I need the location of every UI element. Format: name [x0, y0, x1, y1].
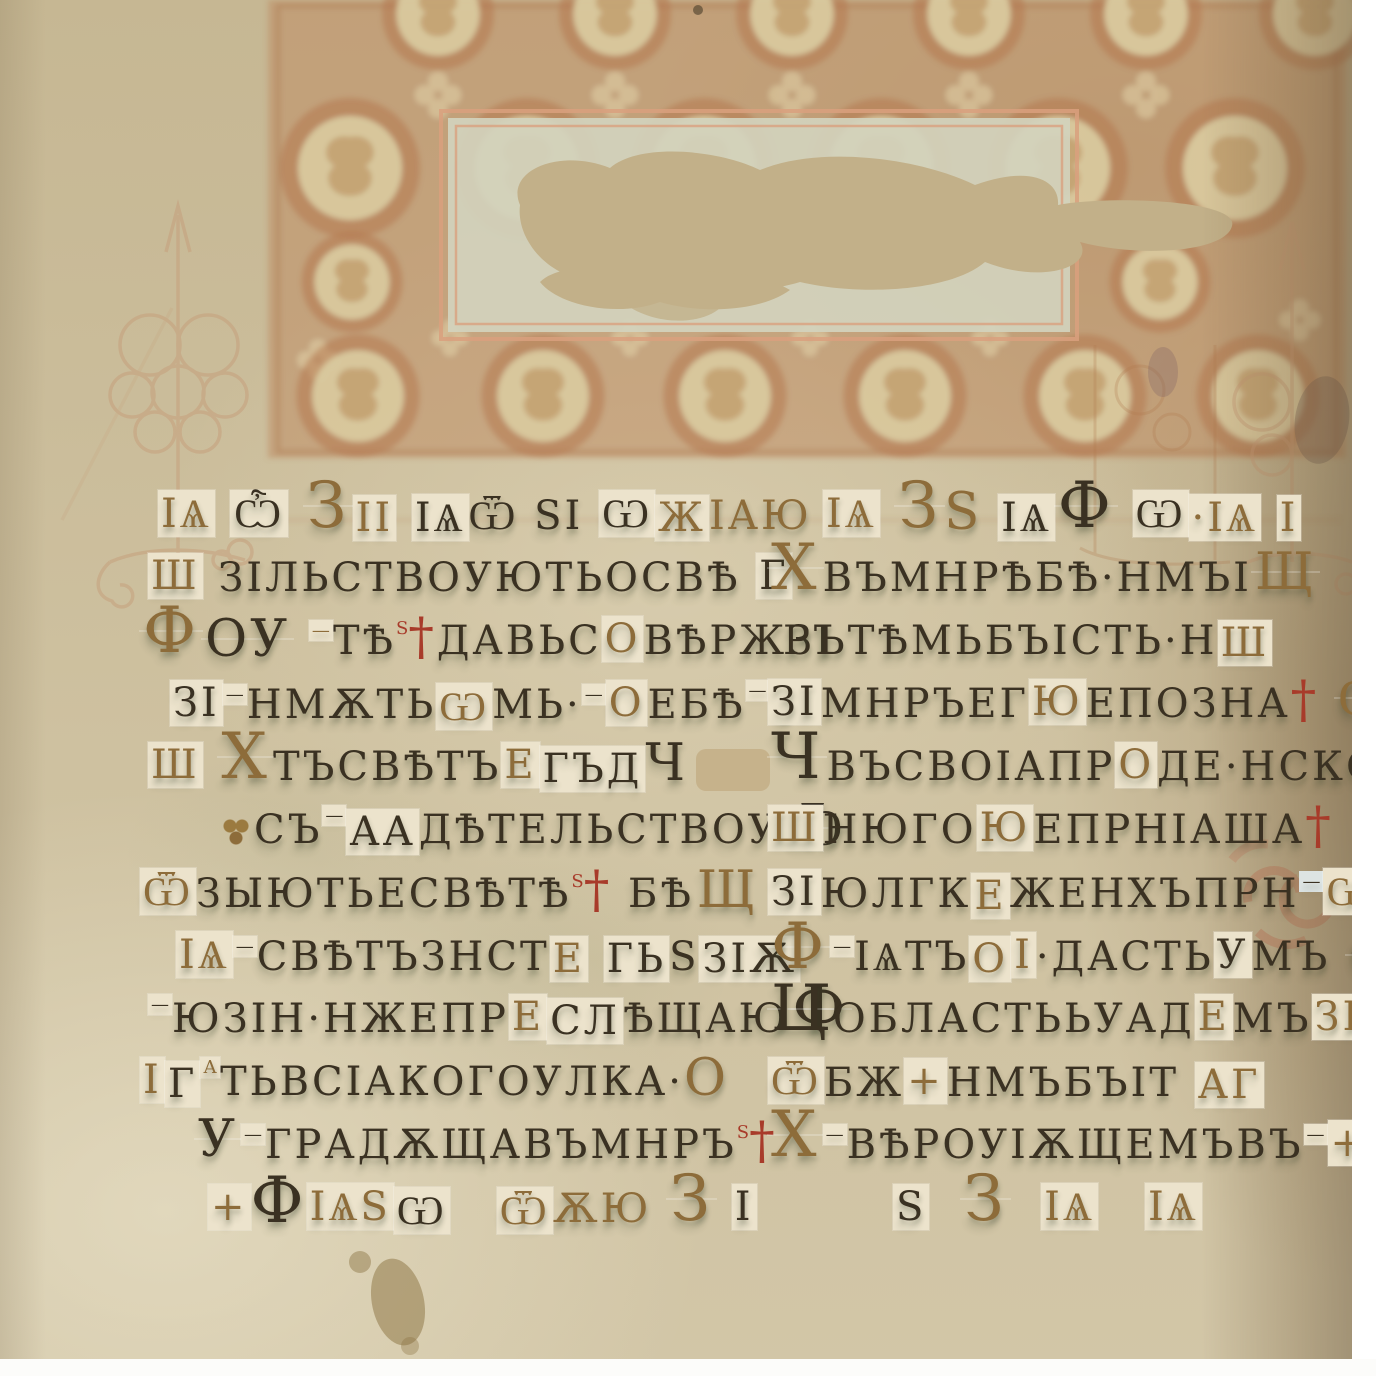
text-line: ФОУ —ТѢЅ†ДАВЬСОВѢРЖЗІ: [140, 618, 851, 681]
text-line: ШНЮГОЮЕПРНІАША†: [768, 807, 1376, 870]
glyph-segment: ІѦТЪ: [854, 933, 969, 980]
glyph-segment: ЕБѢ: [647, 682, 745, 728]
glyph-segment: ІѦ: [998, 494, 1055, 541]
glyph-segment: РЪТѢМЬБЪІСТЬ·Н: [783, 618, 1218, 664]
text-line: Ѕ З ІѦ ІѦ: [768, 1185, 1376, 1248]
glyph-segment: СЪ: [254, 807, 322, 853]
glyph-segment: ІѦ: [412, 494, 469, 541]
rubric-glyph: Ѕ: [396, 618, 408, 639]
glyph-segment: ТЬВСІАКОГОУЛКА·: [220, 1059, 684, 1105]
text-line: ѾЗЫЮТЬЕСВѢТѢЅ† БѢЩ: [140, 870, 851, 933]
glyph-segment: БЖ: [824, 1060, 904, 1106]
glyph-segment: Ѕ: [893, 1184, 929, 1230]
glyph-segment: [1179, 1060, 1195, 1106]
glyph-segment: ОБЛАСТЬЬУАД: [833, 996, 1195, 1042]
glyph-segment: [396, 493, 412, 539]
scan-edge-bottom: [0, 1359, 1376, 1376]
glyph-segment: ДЕ·НСКО: [1157, 744, 1376, 790]
glyph-segment: Ш: [148, 742, 203, 788]
manuscript-page: ІѦ Ѽ ЗІІ ІѦѾ ЅІ ѠЖІАЮШ ЗІЛЬСТВОУЮТЬОСВѢ …: [0, 0, 1376, 1376]
glyph-segment: СВѢТЪЗНСТ: [257, 934, 550, 980]
text-line: РЪТѢМЬБЪІСТЬ·НШ: [768, 618, 1376, 681]
glyph-segment: І: [732, 1184, 757, 1230]
glyph-segment: ТѢ: [508, 871, 571, 917]
glyph-segment: Е: [971, 873, 1009, 919]
glyph-segment: [1098, 1186, 1145, 1232]
glyph-segment: —: [223, 684, 247, 705]
glyph-segment: НМѪТЬ: [247, 682, 436, 728]
glyph-segment: [982, 493, 998, 539]
glyph-segment: Ж: [655, 495, 709, 541]
glyph-segment: Ѡ: [1133, 490, 1189, 537]
glyph-segment: І: [1277, 495, 1302, 541]
glyph-segment: —: [1299, 871, 1323, 892]
glyph-segment: ВѢРОУІѪЩЕМЪВЪ: [847, 1122, 1304, 1168]
glyph-segment: БѢ: [628, 871, 694, 917]
glyph-segment: Ѕ: [669, 934, 699, 980]
glyph-segment: ѪЮ: [553, 1186, 652, 1232]
glyph-segment: [651, 1186, 667, 1232]
text-line: ЗІЮЛГКЕЖЕНХЪПРН—Ѡ: [768, 870, 1376, 933]
glyph-segment: Ш: [148, 553, 203, 599]
glyph-segment: [203, 744, 219, 790]
glyph-segment: [215, 493, 231, 539]
glyph-segment: ГРАДѪЩАВЪМНРЪ: [265, 1122, 737, 1168]
glyph-segment: ДѢТЕЛЬСТВОУ: [419, 807, 780, 853]
glyph-segment: —: [148, 994, 172, 1015]
glyph-segment: ЕПОЗНА: [1086, 681, 1291, 727]
glyph-segment: Ѽ: [230, 490, 288, 537]
glyph-segment: —: [233, 936, 257, 957]
glyph-segment: ЖЕНХЪПРН: [1010, 871, 1300, 917]
glyph-segment: ЗІ: [768, 679, 821, 725]
glyph-segment: ГЬ: [604, 936, 669, 982]
text-line: ІѦ—СВѢТЪЗНСТЕ ГЬЅЗІѪ: [140, 933, 851, 996]
glyph-segment: —: [830, 936, 854, 957]
glyph-segment: Ѡ: [599, 490, 655, 537]
glyph-segment: ·ДАСТЬ: [1036, 934, 1214, 980]
glyph-segment: НМЪБЪІТ: [947, 1060, 1179, 1106]
glyph-segment: О: [606, 680, 648, 726]
glyph-segment: ІѦ: [1145, 1183, 1202, 1230]
glyph-segment: [583, 493, 599, 539]
glyph-segment: У: [1214, 932, 1252, 978]
glyph-segment: І: [1011, 932, 1036, 978]
glyph-segment: ІѦ: [158, 490, 215, 537]
glyph-segment: Г: [165, 1061, 200, 1107]
left-edge-shade: [0, 0, 46, 1376]
glyph-segment: Ѿ: [469, 492, 519, 539]
glyph-segment: ІѦЅ: [307, 1183, 394, 1230]
glyph-segment: МЪ: [1252, 934, 1331, 980]
text-column-left: ІѦ Ѽ ЗІІ ІѦѾ ЅІ ѠЖІАЮШ ЗІЛЬСТВОУЮТЬОСВѢ …: [140, 492, 851, 1248]
glyph-segment: ·ІѦ: [1189, 494, 1261, 541]
headpiece-panel: [441, 111, 1232, 339]
glyph-segment: Ю: [977, 805, 1034, 851]
glyph-segment: ІѦ: [1041, 1183, 1098, 1230]
glyph-segment: [1261, 493, 1277, 539]
glyph-segment: ДАВЬС: [437, 618, 602, 664]
glyph-segment: ЕПРНІАША: [1033, 807, 1305, 853]
glyph-segment: О: [1115, 742, 1157, 788]
text-line: ЧВЪСВОІАПРОДЕ·НСКОѪЅ: [768, 744, 1376, 807]
glyph-segment: Ѡ: [436, 683, 492, 730]
glyph-segment: ТѢ: [333, 618, 396, 664]
glyph-segment: —: [746, 680, 770, 701]
glyph-segment: ЗІ: [768, 869, 821, 915]
glyph-segment: Ѿ: [497, 1187, 553, 1234]
glyph-segment: Ш: [1218, 620, 1273, 666]
glyph-segment: [929, 1186, 960, 1232]
glyph-segment: ВЪСВОІАПР: [826, 744, 1115, 790]
glyph-segment: А: [200, 1057, 220, 1078]
glyph-segment: —: [1304, 1124, 1328, 1145]
glyph-segment: НЮГО: [823, 807, 977, 853]
text-line: ХВЪМНРѢБѢ·НМЪІЩ: [768, 555, 1376, 618]
text-line: ІѦ Ѽ ЗІІ ІѦѾ ЅІ ѠЖІАЮ: [140, 492, 851, 555]
glyph-segment: Е: [1195, 994, 1233, 1040]
glyph-segment: Е: [501, 742, 539, 788]
glyph-segment: ТЪСВѢТЪ: [273, 744, 501, 790]
glyph-segment: ІѦ: [823, 490, 880, 537]
glyph-segment: СЛ: [547, 998, 623, 1044]
text-line: —ЮЗІН·НЖЕПРЕСЛѢЩАЮФ: [140, 996, 851, 1059]
glyph-segment: [880, 493, 896, 539]
glyph-segment: [293, 618, 309, 664]
glyph-segment: —: [241, 1124, 265, 1145]
glyph-segment: [1010, 1186, 1041, 1232]
erased-patch: [696, 749, 770, 791]
glyph-segment: Е: [509, 994, 547, 1040]
text-line: +ФІѦЅѠ ѾѪЮ З І: [140, 1185, 851, 1248]
text-line: ІГАТЬВСІАКОГОУЛКА·О: [140, 1059, 851, 1122]
glyph-segment: +: [904, 1058, 947, 1104]
glyph-segment: ЮЛГ: [821, 871, 938, 917]
glyph-segment: [203, 555, 219, 601]
glyph-segment: І: [140, 1057, 165, 1103]
rubric-glyph: Ѕ: [571, 871, 583, 892]
ink-stain: [349, 1251, 433, 1355]
glyph-segment: ІІ: [353, 495, 397, 541]
glyph-segment: МЬ·: [492, 682, 582, 728]
glyph-segment: Ѿ: [768, 1057, 824, 1104]
glyph-segment: АГ: [1195, 1062, 1264, 1108]
glyph-segment: Ѣ: [623, 996, 656, 1042]
glyph-segment: [1117, 493, 1133, 539]
glyph-segment: ЗІ: [170, 680, 223, 726]
glyph-segment: [740, 555, 756, 601]
text-column-right: ІѦ ЗЅ ІѦФ Ѡ·ІѦ ІХВЪМНРѢБѢ·НМЪІЩРЪТѢМЬБЪІ…: [768, 492, 1376, 1248]
glyph-segment: [288, 493, 304, 539]
glyph-segment: ЮЗІН·НЖЕПР: [172, 996, 509, 1042]
text-line: Ш ХТЪСВѢТЪЕГЪДЧ: [140, 744, 851, 807]
glyph-segment: [716, 1186, 732, 1232]
glyph-segment: Ѡ: [394, 1187, 450, 1234]
glyph-segment: АА: [346, 809, 419, 855]
glyph-segment: ВЪМНРѢБѢ·НМЪІ: [823, 555, 1252, 601]
glyph-segment: Ш: [768, 805, 823, 851]
rubric-glyph: Ѕ: [737, 1122, 749, 1143]
glyph-segment: +: [208, 1184, 251, 1230]
speck: [693, 5, 703, 15]
glyph-segment: [612, 871, 628, 917]
flower-ornament-icon: [222, 816, 250, 850]
glyph-segment: Е: [550, 936, 588, 982]
glyph-segment: —: [322, 805, 346, 826]
glyph-segment: ЗІЛЬСТВОУЮТЬОСВѢ: [218, 555, 740, 601]
glyph-segment: [450, 1186, 497, 1232]
glyph-segment: ІѦ: [176, 931, 233, 978]
glyph-segment: —: [582, 684, 606, 705]
glyph-segment: МЪ: [1233, 996, 1312, 1042]
glyph-segment: ЅІ: [534, 493, 583, 539]
glyph-segment: [1319, 681, 1335, 727]
text-line: ЗІМНРЪЕГЮЕПОЗНА† Ѿ: [768, 681, 1376, 744]
glyph-segment: К: [937, 871, 971, 917]
glyph-segment: ЗЫЮТЬ: [196, 871, 377, 917]
glyph-segment: —: [823, 1124, 847, 1145]
glyph-segment: —: [309, 620, 333, 641]
text-line: ЦОБЛАСТЬЬУАДЕМЪЗІ: [768, 996, 1376, 1059]
glyph-segment: [1330, 934, 1346, 980]
glyph-segment: ЕСВѢ: [377, 871, 509, 917]
glyph-segment: Ю: [1029, 679, 1086, 725]
erased-inscription-blob: [517, 152, 1232, 321]
glyph-segment: О: [969, 936, 1011, 982]
text-line: ѾБЖ+НМЪБЪІТ АГ: [768, 1059, 1376, 1122]
glyph-segment: ГЪД: [540, 746, 646, 792]
glyph-segment: [588, 934, 604, 980]
text-line: Х—ВѢРОУІѪЩЕМЪВЪ—+: [768, 1122, 1376, 1185]
glyph-segment: МНРЪЕГ: [821, 681, 1029, 727]
text-line: Ф—ІѦТЪОІ·ДАСТЬУМЪ ОУ: [768, 933, 1376, 996]
glyph-segment: Ѿ: [140, 868, 196, 915]
glyph-segment: О: [602, 616, 644, 662]
text-line: У—ГРАДѪЩАВЪМНРЪЅ†: [140, 1122, 851, 1185]
scan-edge-right: [1352, 0, 1376, 1376]
glyph-segment: [518, 493, 534, 539]
